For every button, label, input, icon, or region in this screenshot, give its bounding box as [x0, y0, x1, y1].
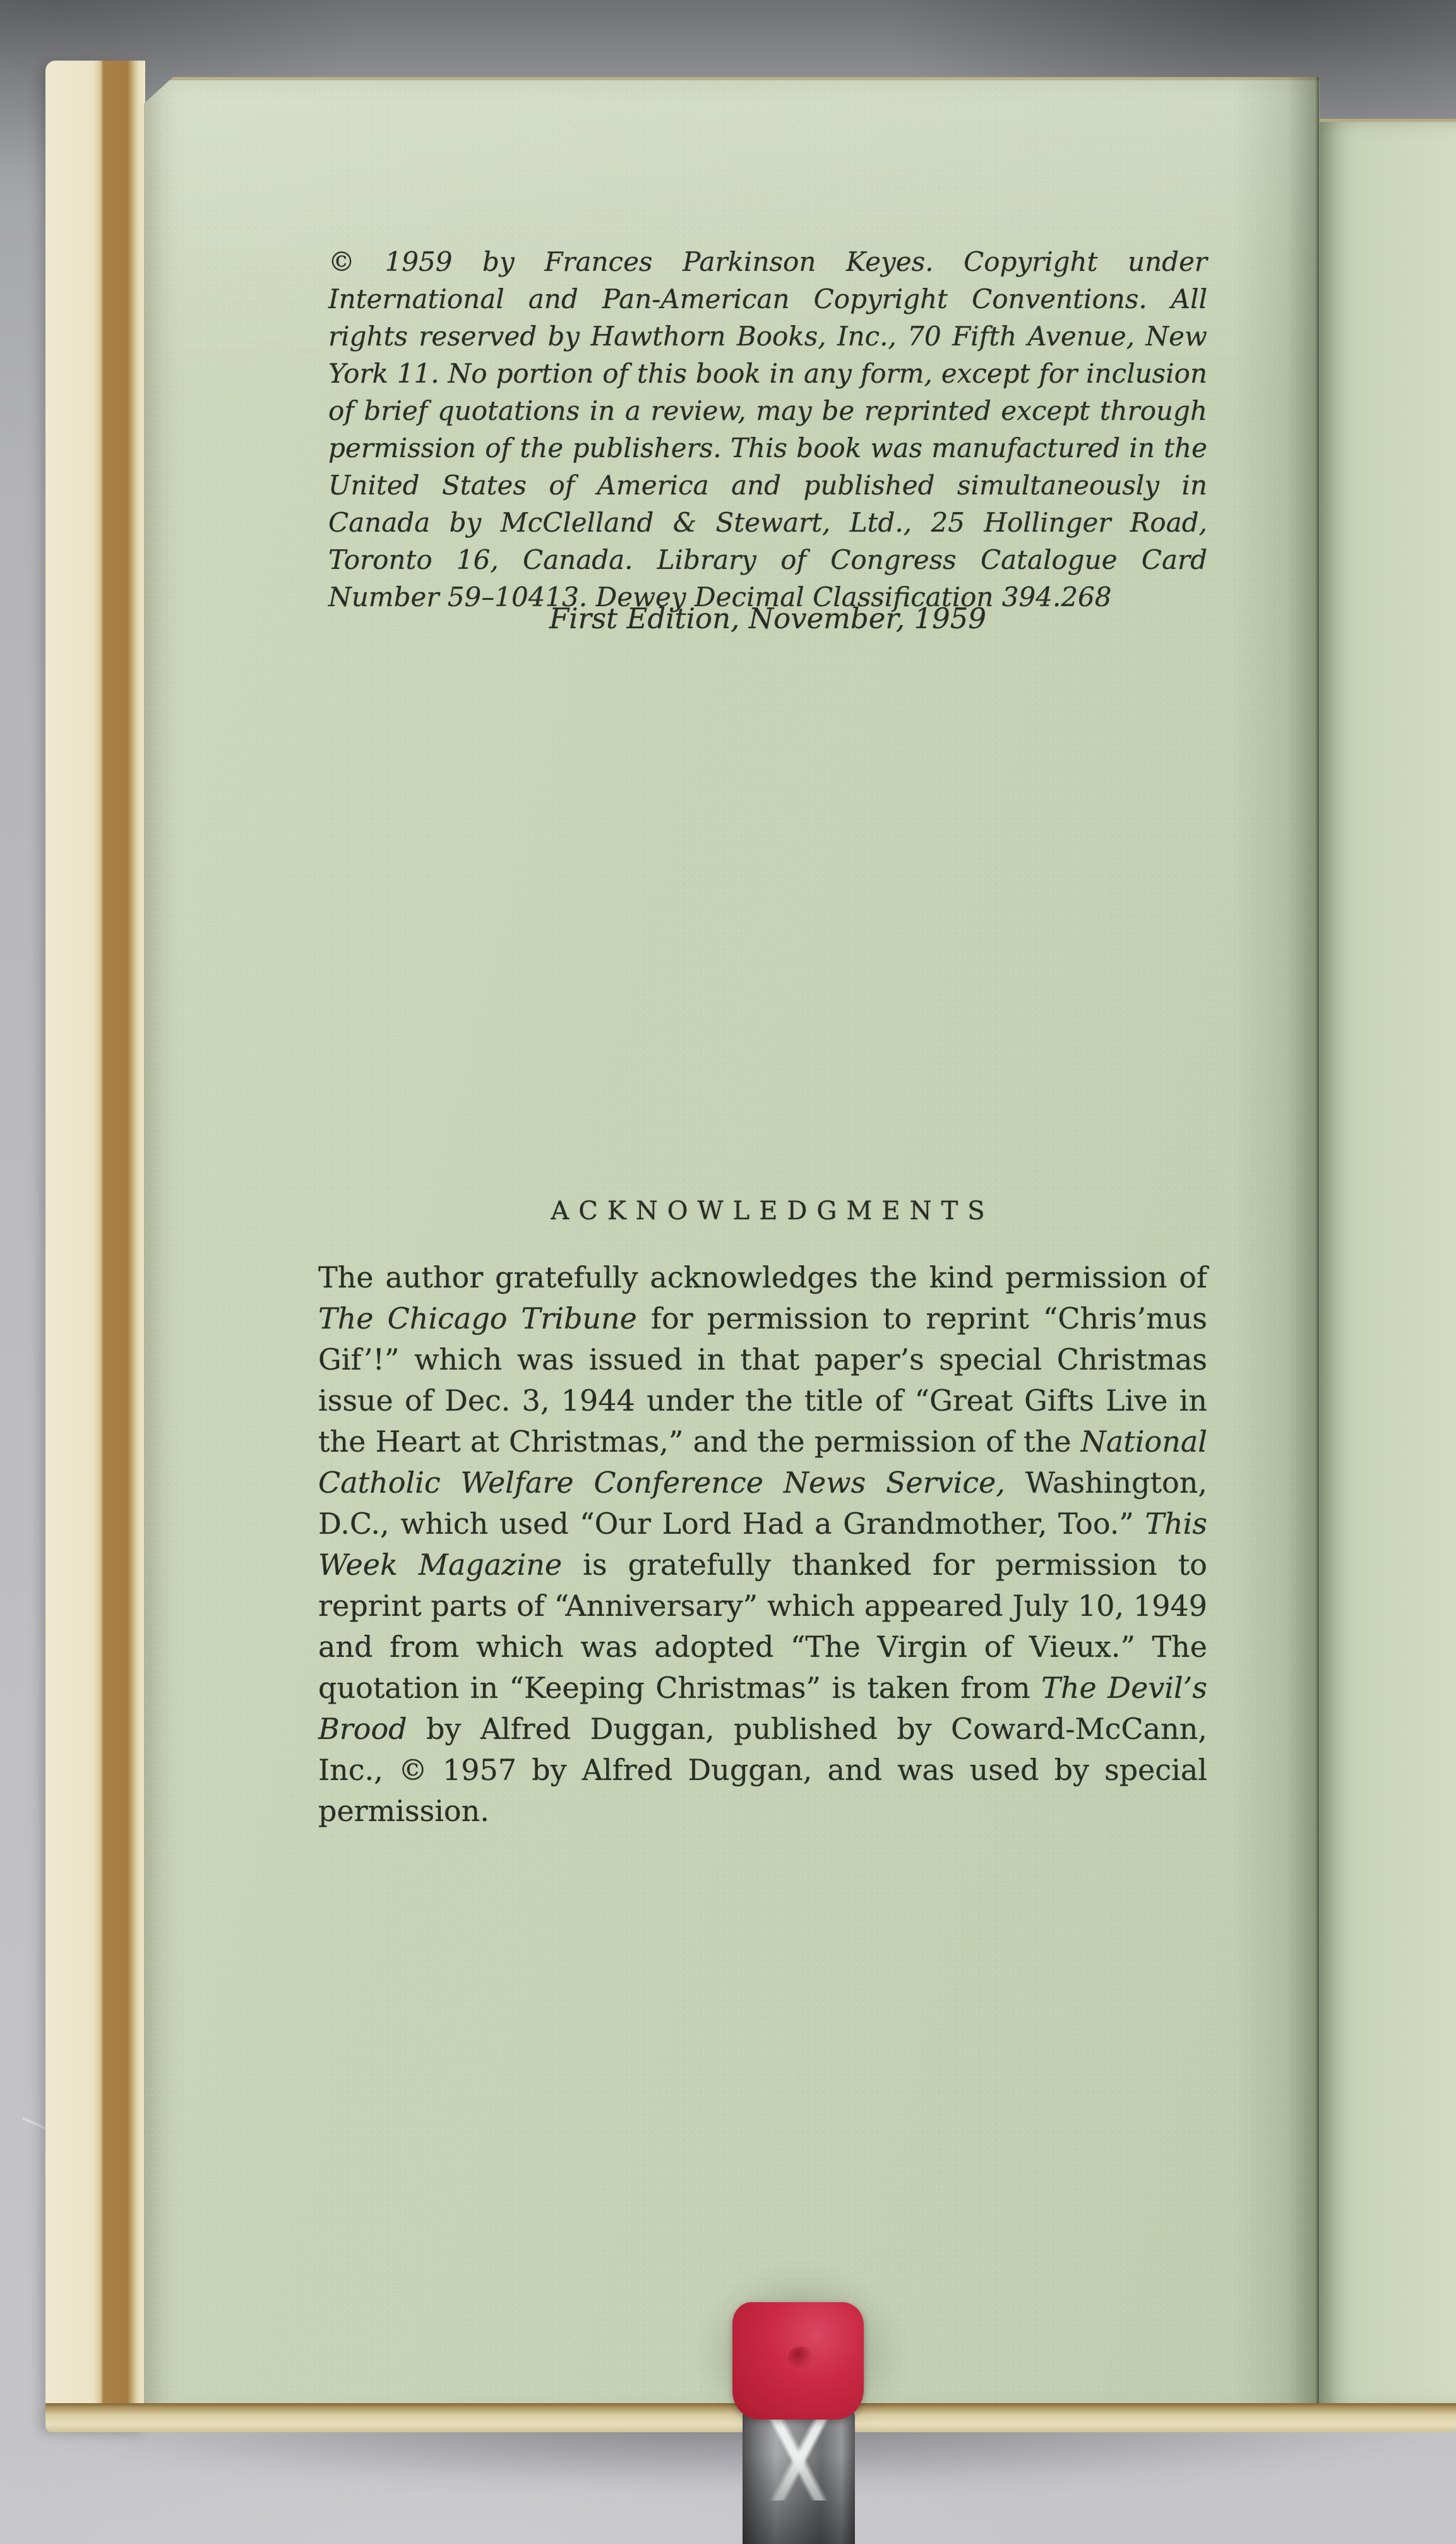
acknowledgments-paragraph: The author gratefully acknowledges the k… — [318, 1257, 1207, 1832]
bookmark-clip-stem — [743, 2412, 855, 2544]
book-cover-edge — [45, 61, 145, 2430]
edition-line: First Edition, November, 1959 — [328, 602, 1207, 636]
copyright-notice: © 1959 by Frances Parkinson Keyes. Copyr… — [328, 243, 1207, 616]
acknowledgments-heading: ACKNOWLEDGMENTS — [328, 1195, 1207, 1227]
book-photo: © 1959 by Frances Parkinson Keyes. Copyr… — [0, 0, 1456, 2544]
left-page: © 1959 by Frances Parkinson Keyes. Copyr… — [144, 77, 1320, 2413]
bookmark-clip-cap — [732, 2302, 864, 2420]
page-gutter — [1232, 77, 1320, 2410]
right-page — [1320, 119, 1456, 2408]
